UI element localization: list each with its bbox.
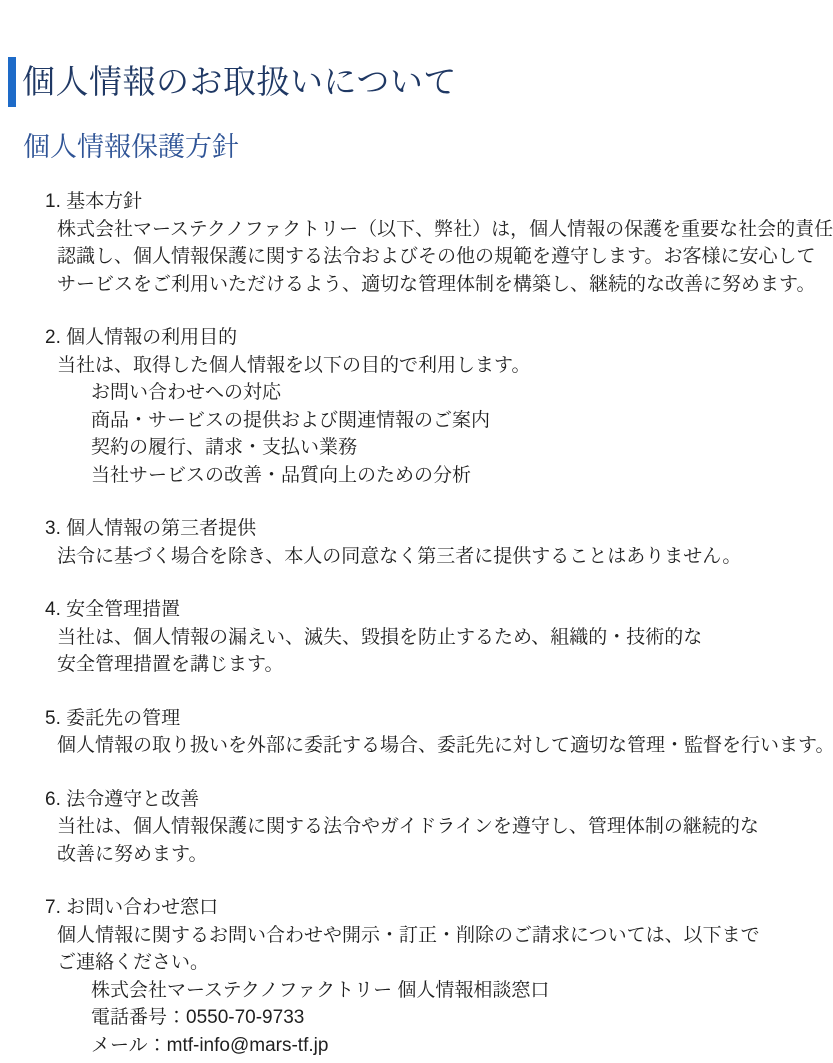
section-body-line: 認識し、個人情報保護に関する法令およびその他の規範を遵守します。お客様に安心して bbox=[45, 243, 833, 271]
page-title-text: 個人情報のお取扱いについて bbox=[16, 57, 457, 107]
policy-section: 5. 委託先の管理個人情報の取り扱いを外部に委託する場合、委託先に対して適切な管… bbox=[45, 705, 833, 760]
section-body-line: 法令に基づく場合を除き、本人の同意なく第三者に提供することはありません。 bbox=[45, 543, 833, 571]
section-body-line: 当社は、個人情報保護に関する法令やガイドラインを遵守し、管理体制の継続的な bbox=[45, 813, 833, 841]
section-body-line: 個人情報に関するお問い合わせや開示・訂正・削除のご請求については、以下まで bbox=[45, 922, 833, 950]
policy-subtitle: 個人情報保護方針 bbox=[23, 129, 833, 165]
page-title: 個人情報のお取扱いについて bbox=[8, 57, 833, 107]
section-sub-item: 商品・サービスの提供および関連情報のご案内 bbox=[45, 407, 833, 435]
section-heading: 3. 個人情報の第三者提供 bbox=[45, 515, 833, 543]
policy-section: 7. お問い合わせ窓口個人情報に関するお問い合わせや開示・訂正・削除のご請求につ… bbox=[45, 894, 833, 1059]
section-heading: 2. 個人情報の利用目的 bbox=[45, 324, 833, 352]
policy-section: 4. 安全管理措置当社は、個人情報の漏えい、滅失、毀損を防止するため、組織的・技… bbox=[45, 596, 833, 679]
section-body-line: 当社は、個人情報の漏えい、滅失、毀損を防止するため、組織的・技術的な bbox=[45, 624, 833, 652]
section-body-line: ご連絡ください。 bbox=[45, 949, 833, 977]
section-sub-item: 電話番号：0550-70-9733 bbox=[45, 1004, 833, 1032]
title-accent-bar bbox=[8, 57, 16, 107]
section-sub-item: 契約の履行、請求・支払い業務 bbox=[45, 434, 833, 462]
section-heading: 1. 基本方針 bbox=[45, 188, 833, 216]
policy-section: 3. 個人情報の第三者提供法令に基づく場合を除き、本人の同意なく第三者に提供する… bbox=[45, 515, 833, 570]
section-sub-item: お問い合わせへの対応 bbox=[45, 379, 833, 407]
section-sub-item: 株式会社マーステクノファクトリー 個人情報相談窓口 bbox=[45, 977, 833, 1005]
section-body-line: 当社は、取得した個人情報を以下の目的で利用します。 bbox=[45, 352, 833, 380]
section-sub-item: 当社サービスの改善・品質向上のための分析 bbox=[45, 462, 833, 490]
section-body-line: 株式会社マーステクノファクトリー（以下、弊社）は，個人情報の保護を重要な社会的責… bbox=[45, 216, 833, 244]
policy-section: 1. 基本方針株式会社マーステクノファクトリー（以下、弊社）は，個人情報の保護を… bbox=[45, 188, 833, 298]
privacy-policy-page: 個人情報のお取扱いについて 個人情報保護方針 1. 基本方針株式会社マーステクノ… bbox=[0, 57, 833, 1059]
section-sub-item: メール：mtf-info@mars-tf.jp bbox=[45, 1032, 833, 1060]
policy-sections: 1. 基本方針株式会社マーステクノファクトリー（以下、弊社）は，個人情報の保護を… bbox=[45, 188, 833, 1059]
section-heading: 5. 委託先の管理 bbox=[45, 705, 833, 733]
section-body-line: サービスをご利用いただけるよう、適切な管理体制を構築し、継続的な改善に努めます。 bbox=[45, 271, 833, 299]
section-heading: 7. お問い合わせ窓口 bbox=[45, 894, 833, 922]
section-heading: 6. 法令遵守と改善 bbox=[45, 786, 833, 814]
policy-section: 2. 個人情報の利用目的当社は、取得した個人情報を以下の目的で利用します。お問い… bbox=[45, 324, 833, 489]
section-body-line: 個人情報の取り扱いを外部に委託する場合、委託先に対して適切な管理・監督を行います… bbox=[45, 732, 833, 760]
section-body-line: 安全管理措置を講じます。 bbox=[45, 651, 833, 679]
policy-section: 6. 法令遵守と改善当社は、個人情報保護に関する法令やガイドラインを遵守し、管理… bbox=[45, 786, 833, 869]
section-body-line: 改善に努めます。 bbox=[45, 841, 833, 869]
section-heading: 4. 安全管理措置 bbox=[45, 596, 833, 624]
